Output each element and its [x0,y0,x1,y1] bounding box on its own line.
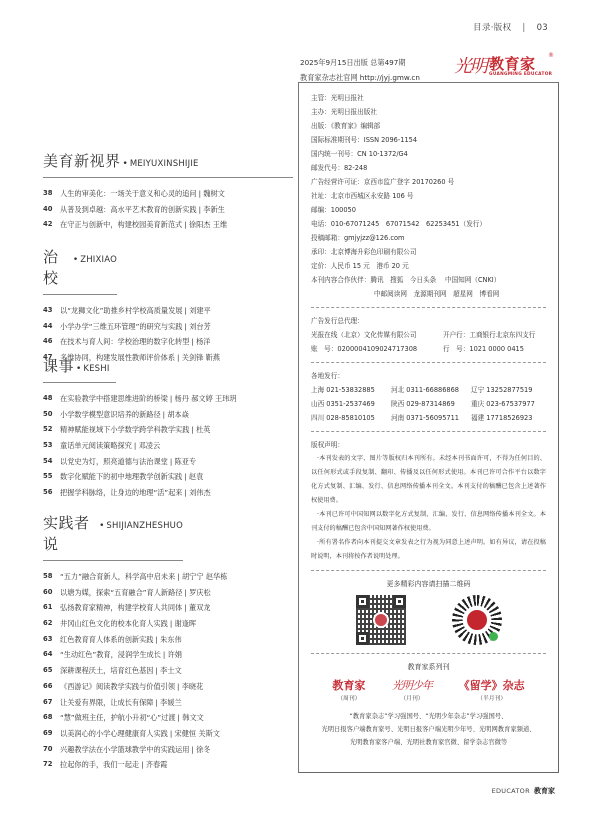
bullet-dot-icon: • [76,364,81,374]
toc-item[interactable]: 43以“龙狮文化”助推乡村学校高质量发展| 刘建平 [43,303,293,319]
copyright-paragraph: ·所有署名作者向本刊提交文章发表之行为视为同意上述声明。如有异议，请在投稿时说明… [311,536,546,564]
toc-item[interactable]: 48在实验教学中搭建思维进阶的桥梁| 杨丹 郝文婷 王玮玥 [43,391,293,407]
section-title-en: ZHIXIAO [80,255,117,265]
distributor: 陕西 029-87314869 [391,397,471,411]
info-sponsor: 主办：光明日报出版社 [311,105,546,119]
logo-english: GUANGMING EDUCATOR [489,72,552,77]
toc-title: 小学数学模型意识培养的新路径 [60,407,161,423]
series-item: 光明少年 （月刊） [392,678,432,705]
toc-author: | 李士文 [155,663,181,679]
toc-item[interactable]: 60以塘为媒，探索“五育融合”育人新路径| 罗庆松 [43,585,293,601]
toc-title: 从普及到卓越：高水平艺术教育的创新实践 [60,202,197,218]
bullet-dot-icon: • [123,159,128,169]
series-heading: 教育家系列刊 [311,660,546,674]
toc-item[interactable]: 53童话单元阅读策略探究| 邓凌云 [43,438,293,454]
ad-agent-heading: 广告发行总代理： [311,314,546,328]
toc-author: | 杜英 [191,422,210,438]
series-name: 光明少年 [392,678,432,694]
toc-title: 童话单元阅读策略探究 [60,438,132,454]
toc-page: 46 [43,334,60,350]
toc-title: 把握学科脉络，让身边的地理“活”起来 [60,485,182,501]
toc-page: 72 [43,757,60,773]
qr-finder-icon [356,595,369,608]
info-email[interactable]: 投稿邮箱：gmjyjzz@126.com [311,231,546,245]
toc-list: 48在实验教学中搭建思维进阶的桥梁| 杨丹 郝文婷 王玮玥 50小学数学模型意识… [43,391,293,501]
toc-author: | 陈亚专 [170,454,196,470]
toc-page: 55 [43,469,60,485]
distributor: 河南 0371-56095711 [391,411,471,425]
header-separator: | [522,23,525,33]
info-zip: 邮编：100050 [311,203,546,217]
divider [311,570,546,571]
toc-title: 以塘为媒，探索“五育融合”育人新路径 [60,585,182,601]
copyright-heading: 版权声明： [311,438,546,452]
toc-item[interactable]: 65深耕课程沃土，培育红色基因| 李士文 [43,663,293,679]
series-frequency: （半月刊） [459,694,525,705]
toc-page: 67 [43,695,60,711]
toc-page: 64 [43,647,60,663]
toc-author: | 朱东伟 [155,632,181,648]
ad-agent-grid: 光报在线（北京）文化传媒有限公司 开户行：工商银行北京东四支行 账 号：0200… [311,328,546,356]
qr-finder-icon [393,595,406,608]
toc-section-shijian: 实践者说 • SHIJIANZHESHUO 58“五力”融合育新人，科学高中启未… [43,512,293,773]
bullet-dot-icon: • [73,255,78,265]
section-title-cn: 实践者说 [43,512,97,554]
toc-page: 48 [43,391,60,407]
distribution-grid: 上海 021-53832885 河北 0311-66886868 辽宁 1325… [311,383,546,425]
info-price: 定价：人民币 15 元 港币 20 元 [311,259,546,273]
toc-page: 70 [43,742,60,758]
toc-title: 井冈山红色文化的校本化育人实践 [60,616,168,632]
toc-item[interactable]: 44小学办学“三维五环管理”的研究与实践| 刘台芳 [43,319,293,335]
series-frequency: （周刊） [332,694,365,705]
distributor: 辽宁 13252877519 [471,383,546,397]
toc-item[interactable]: 69以美润心的小学心理健康育人实践| 宋健恒 关斯文 [43,726,293,742]
mini-program-badge-icon [489,632,498,641]
toc-page: 66 [43,679,60,695]
toc-title: “五力”融合育新人，科学高中启未来 [60,569,175,585]
toc-page: 53 [43,438,60,454]
ad-agent-bank-no: 行 号：1021 0000 0415 [443,342,546,356]
toc-item[interactable]: 67让关爱有界限，让成长有保障| 李媛兰 [43,695,293,711]
toc-page: 60 [43,585,60,601]
toc-item[interactable]: 58“五力”融合育新人，科学高中启未来| 胡宁宁 赵华栋 [43,569,293,585]
series-item: 《留学》杂志 （半月刊） [459,678,525,705]
toc-page: 50 [43,407,60,423]
toc-item[interactable]: 62井冈山红色文化的校本化育人实践| 谢逢晖 [43,616,293,632]
toc-page: 58 [43,569,60,585]
series-item: 教育家 （周刊） [332,678,365,705]
distributor: 上海 021-53832885 [311,383,391,397]
series-name: 《留学》杂志 [459,678,525,694]
toc-title: 在实验教学中搭建思维进阶的桥梁 [60,391,168,407]
toc-title: 以“龙狮文化”助推乡村学校高质量发展 [60,303,182,319]
divider [311,653,546,654]
toc-author: | 韩文文 [178,710,204,726]
page-footer: EDUCATOR 教育家 [492,786,555,796]
sun-logo-icon [465,608,489,632]
qr-finder-icon [356,632,369,645]
page-number: 03 [537,23,548,33]
toc-page: 40 [43,202,60,218]
series-list: 教育家 （周刊） 光明少年 （月刊） 《留学》杂志 （半月刊） [311,678,546,705]
toc-title: 拉起你的手，我们一起走 [60,757,139,773]
toc-item[interactable]: 56把握学科脉络，让身边的地理“活”起来| 刘伟杰 [43,485,293,501]
toc-author: | 刘伟杰 [184,485,210,501]
header-section: 目录·版权 [473,23,511,33]
toc-title: 人生的审美化：一场关于意义和心灵的追问 [60,186,197,202]
footer-en: EDUCATOR [492,787,530,795]
info-publisher: 出版：《教育家》编辑部 [311,119,546,133]
toc-item[interactable]: 46在技术与育人间：学校治理的数字化转型| 杨洋 [43,334,293,350]
issue-date: 2025年9月15日出版 总第497期 [300,55,420,70]
wechat-qr-code-icon[interactable] [356,595,406,645]
toc-author: | 李新生 [199,202,225,218]
toc-section-meiyu: 美育新视界 • MEIYUXINSHIJIE 38人生的审美化：一场关于意义和心… [43,150,293,233]
issue-info: 2025年9月15日出版 总第497期 教育家杂志社官网 http://jyj.… [300,55,420,85]
qr-heading: 更多精彩内容请扫描二维码 [311,577,546,591]
toc-author: | 李晓花 [177,679,203,695]
toc-title: “生动红色”教育，浸润学生成长 [60,647,161,663]
info-cn: 国内统一刊号：CN 10-1372/G4 [311,147,546,161]
info-partners-2: 中邮阅读网 龙源期刊网 超星网 博看网 [311,287,546,301]
info-postal-code: 邮发代号：82-248 [311,161,546,175]
toc-item[interactable]: 68“慧”做班主任，护航小升初“心”过渡| 韩文文 [43,710,293,726]
distributor: 福建 17718526923 [471,411,546,425]
toc-item[interactable]: 54以党史为灯，照亮道德与法治课堂| 陈亚专 [43,454,293,470]
toc-page: 65 [43,663,60,679]
section-title-cn: 美育新视界 [43,150,121,171]
toc-page: 54 [43,454,60,470]
toc-title: 小学办学“三维五环管理”的研究与实践 [60,319,182,335]
toc-item[interactable]: 50小学数学模型意识培养的新路径| 胡本焱 [43,407,293,423]
toc-page: 38 [43,186,60,202]
info-partners: 本刊内容合作伙伴：腾讯 搜狐 今日头条 中国知网（CNKI） [311,273,546,287]
toc-page: 43 [43,303,60,319]
toc-author: | 李媛兰 [155,695,181,711]
info-printer: 承印：北京博海升彩色印刷有限公司 [311,245,546,259]
toc-title: 以美润心的小学心理健康育人实践 [60,726,168,742]
toc-page: 52 [43,422,60,438]
toc-author: | 胡本焱 [163,407,189,423]
toc-page: 62 [43,616,60,632]
toc-title: 深耕课程沃土，培育红色基因 [60,663,153,679]
toc-author: | 徐阳杰 王维 [184,217,227,233]
logo-script: 光明 [454,52,486,78]
toc-list: 38人生的审美化：一场关于意义和心灵的追问| 魏树文 40从普及到卓越：高水平艺… [43,186,293,233]
toc-title: 数字化赋能下的初中地理教学创新实践 [60,469,182,485]
toc-page: 61 [43,600,60,616]
toc-author: | 徐冬 [191,742,210,758]
section-title: 治校 • ZHIXIAO [43,246,117,295]
toc-item[interactable]: 40从普及到卓越：高水平艺术教育的创新实践| 李新生 [43,202,293,218]
section-title: 美育新视界 • MEIYUXINSHIJIE [43,150,293,178]
toc-page: 56 [43,485,60,501]
toc-page: 69 [43,726,60,742]
section-title: 课事 • KESHI [43,355,116,383]
toc-page: 68 [43,710,60,726]
footer-cn: 教育家 [534,787,555,795]
toc-title: 让关爱有界限，让成长有保障 [60,695,153,711]
masthead-box: 主管：光明日报社 主办：光明日报出版社 出版：《教育家》编辑部 国际标准期刊号：… [298,82,559,773]
toc-title: 以党史为灯，照亮道德与法治课堂 [60,454,168,470]
toc-author: | 杨洋 [191,334,210,350]
masthead-content: 主管：光明日报社 主办：光明日报出版社 出版：《教育家》编辑部 国际标准期刊号：… [311,91,546,749]
guangming-educator-logo: 光明 教育家 ® GUANGMING EDUCATOR [454,52,569,84]
divider [311,362,546,363]
qr-codes [311,595,546,647]
section-title: 实践者说 • SHIJIANZHESHUO [43,512,183,561]
platforms-line: “教育家杂志”学习强国号、“光明少年杂志”学习强国号、 [311,710,546,723]
toc-author: | 魏树文 [199,186,225,202]
toc-title: 兴趣教学法在小学篮球教学中的实践运用 [60,742,189,758]
qr-logo-icon [373,612,389,628]
toc-section-zhixiao: 治校 • ZHIXIAO 43以“龙狮文化”助推乡村学校高质量发展| 刘建平 4… [43,246,293,366]
toc-author: | 邓凌云 [134,438,160,454]
platforms-line: 光明日报客户端教育家号、光明日报客户端光明少年号、光明网教育家频道、 [311,723,546,736]
toc-item[interactable]: 38人生的审美化：一场关于意义和心灵的追问| 魏树文 [43,186,293,202]
toc-title: “慧”做班主任，护航小升初“心”过渡 [60,710,176,726]
copyright-paragraph: ·本刊已许可中国知网以数字化方式复制、汇编、发行、信息网络传播本刊全文。本刊支付… [311,508,546,536]
toc-page: 42 [43,217,60,233]
info-phone: 电话：010-67071245 67071542 62253451（发行） [311,217,546,231]
running-header: 目录·版权 | 03 [473,21,548,33]
logo-brand: 教育家 [489,53,536,74]
distributor: 山西 0351-2537469 [311,397,391,411]
toc-title: 在技术与育人间：学校治理的数字化转型 [60,334,189,350]
info-supervisor: 主管：光明日报社 [311,91,546,105]
ad-agent-company: 光报在线（北京）文化传媒有限公司 [311,328,443,342]
toc-author: | 宋健恒 关斯文 [170,726,220,742]
series-frequency: （月刊） [392,694,432,705]
ad-agent-bank: 开户行：工商银行北京东四支行 [443,328,546,342]
info-ad-license: 广告经营许可证：京西市监广登字 20170260 号 [311,175,546,189]
toc-item[interactable]: 63红色教育育人体系的创新实践| 朱东伟 [43,632,293,648]
distributor: 河北 0311-66886868 [391,383,471,397]
toc-title: 在守正与创新中，构建校园美育新范式 [60,217,182,233]
toc-author: | 许娟 [163,647,182,663]
toc-item[interactable]: 64“生动红色”教育，浸润学生成长| 许娟 [43,647,293,663]
bullet-dot-icon: • [99,521,104,531]
section-title-cn: 课事 [43,355,74,376]
distributor: 重庆 023-67537977 [471,397,546,411]
toc-page: 63 [43,632,60,648]
toc-author: | 杨丹 郝文婷 王玮玥 [170,391,237,407]
toc-author: | 胡宁宁 赵华栋 [177,569,227,585]
mini-program-code-icon[interactable] [452,595,502,645]
copyright-paragraph: ·本刊发表的文字、图片等版权归本刊所有。未经本刊书面许可，不得为任何目的、以任何… [311,452,546,508]
toc-item[interactable]: 66《西游记》阅读教学实践与价值引领| 李晓花 [43,679,293,695]
toc-item[interactable]: 70兴趣教学法在小学篮球教学中的实践运用| 徐冬 [43,742,293,758]
toc-author: | 赵袁 [184,469,203,485]
divider [311,431,546,432]
divider [311,307,546,308]
toc-title: 《西游记》阅读教学实践与价值引领 [60,679,175,695]
toc-section-keshi: 课事 • KESHI 48在实验教学中搭建思维进阶的桥梁| 杨丹 郝文婷 王玮玥… [43,355,293,501]
ad-agent-account: 账 号：0200004109024717308 [311,342,443,356]
toc-page: 44 [43,319,60,335]
platforms-text: “教育家杂志”学习强国号、“光明少年杂志”学习强国号、 光明日报客户端教育家号、… [311,710,546,749]
toc-author: | 罗庆松 [184,585,210,601]
toc-author: | 刘建平 [184,303,210,319]
toc-item[interactable]: 42在守正与创新中，构建校园美育新范式| 徐阳杰 王维 [43,217,293,233]
section-title-cn: 治校 [43,246,71,288]
toc-list: 58“五力”融合育新人，科学高中启未来| 胡宁宁 赵华栋 60以塘为媒，探索“五… [43,569,293,773]
toc-item[interactable]: 61弘扬教育家精神，构建学校育人共同体| 董双龙 [43,600,293,616]
toc-author: | 齐春霞 [141,757,167,773]
toc-author: | 董双龙 [184,600,210,616]
copyright-text: ·本刊发表的文字、图片等版权归本刊所有。未经本刊书面许可，不得为任何目的、以任何… [311,452,546,564]
toc-item[interactable]: 55数字化赋能下的初中地理教学创新实践| 赵袁 [43,469,293,485]
distributor: 四川 028-85810105 [311,411,391,425]
toc-item[interactable]: 72拉起你的手，我们一起走| 齐春霞 [43,757,293,773]
section-title-en: KESHI [83,364,109,374]
section-title-en: MEIYUXINSHIJIE [130,159,199,169]
info-issn: 国际标准期刊号：ISSN 2096-1154 [311,133,546,147]
registered-icon: ® [548,52,554,59]
toc-author: | 谢逢晖 [170,616,196,632]
toc-title: 弘扬教育家精神，构建学校育人共同体 [60,600,182,616]
toc-item[interactable]: 52精神赋能视域下小学数学跨学科教学实践| 杜英 [43,422,293,438]
info-address: 社址：北京市西城区永安路 106 号 [311,189,546,203]
section-title-en: SHIJIANZHESHUO [106,521,183,531]
toc-author: | 刘台芳 [184,319,210,335]
distribution-heading: 各地发行： [311,369,546,383]
platforms-line: 光明教育家客户端、光明社教育家官微、留学杂志官微等 [311,736,546,749]
toc-title: 红色教育育人体系的创新实践 [60,632,153,648]
toc-title: 精神赋能视域下小学数学跨学科教学实践 [60,422,189,438]
series-name: 教育家 [332,678,365,694]
